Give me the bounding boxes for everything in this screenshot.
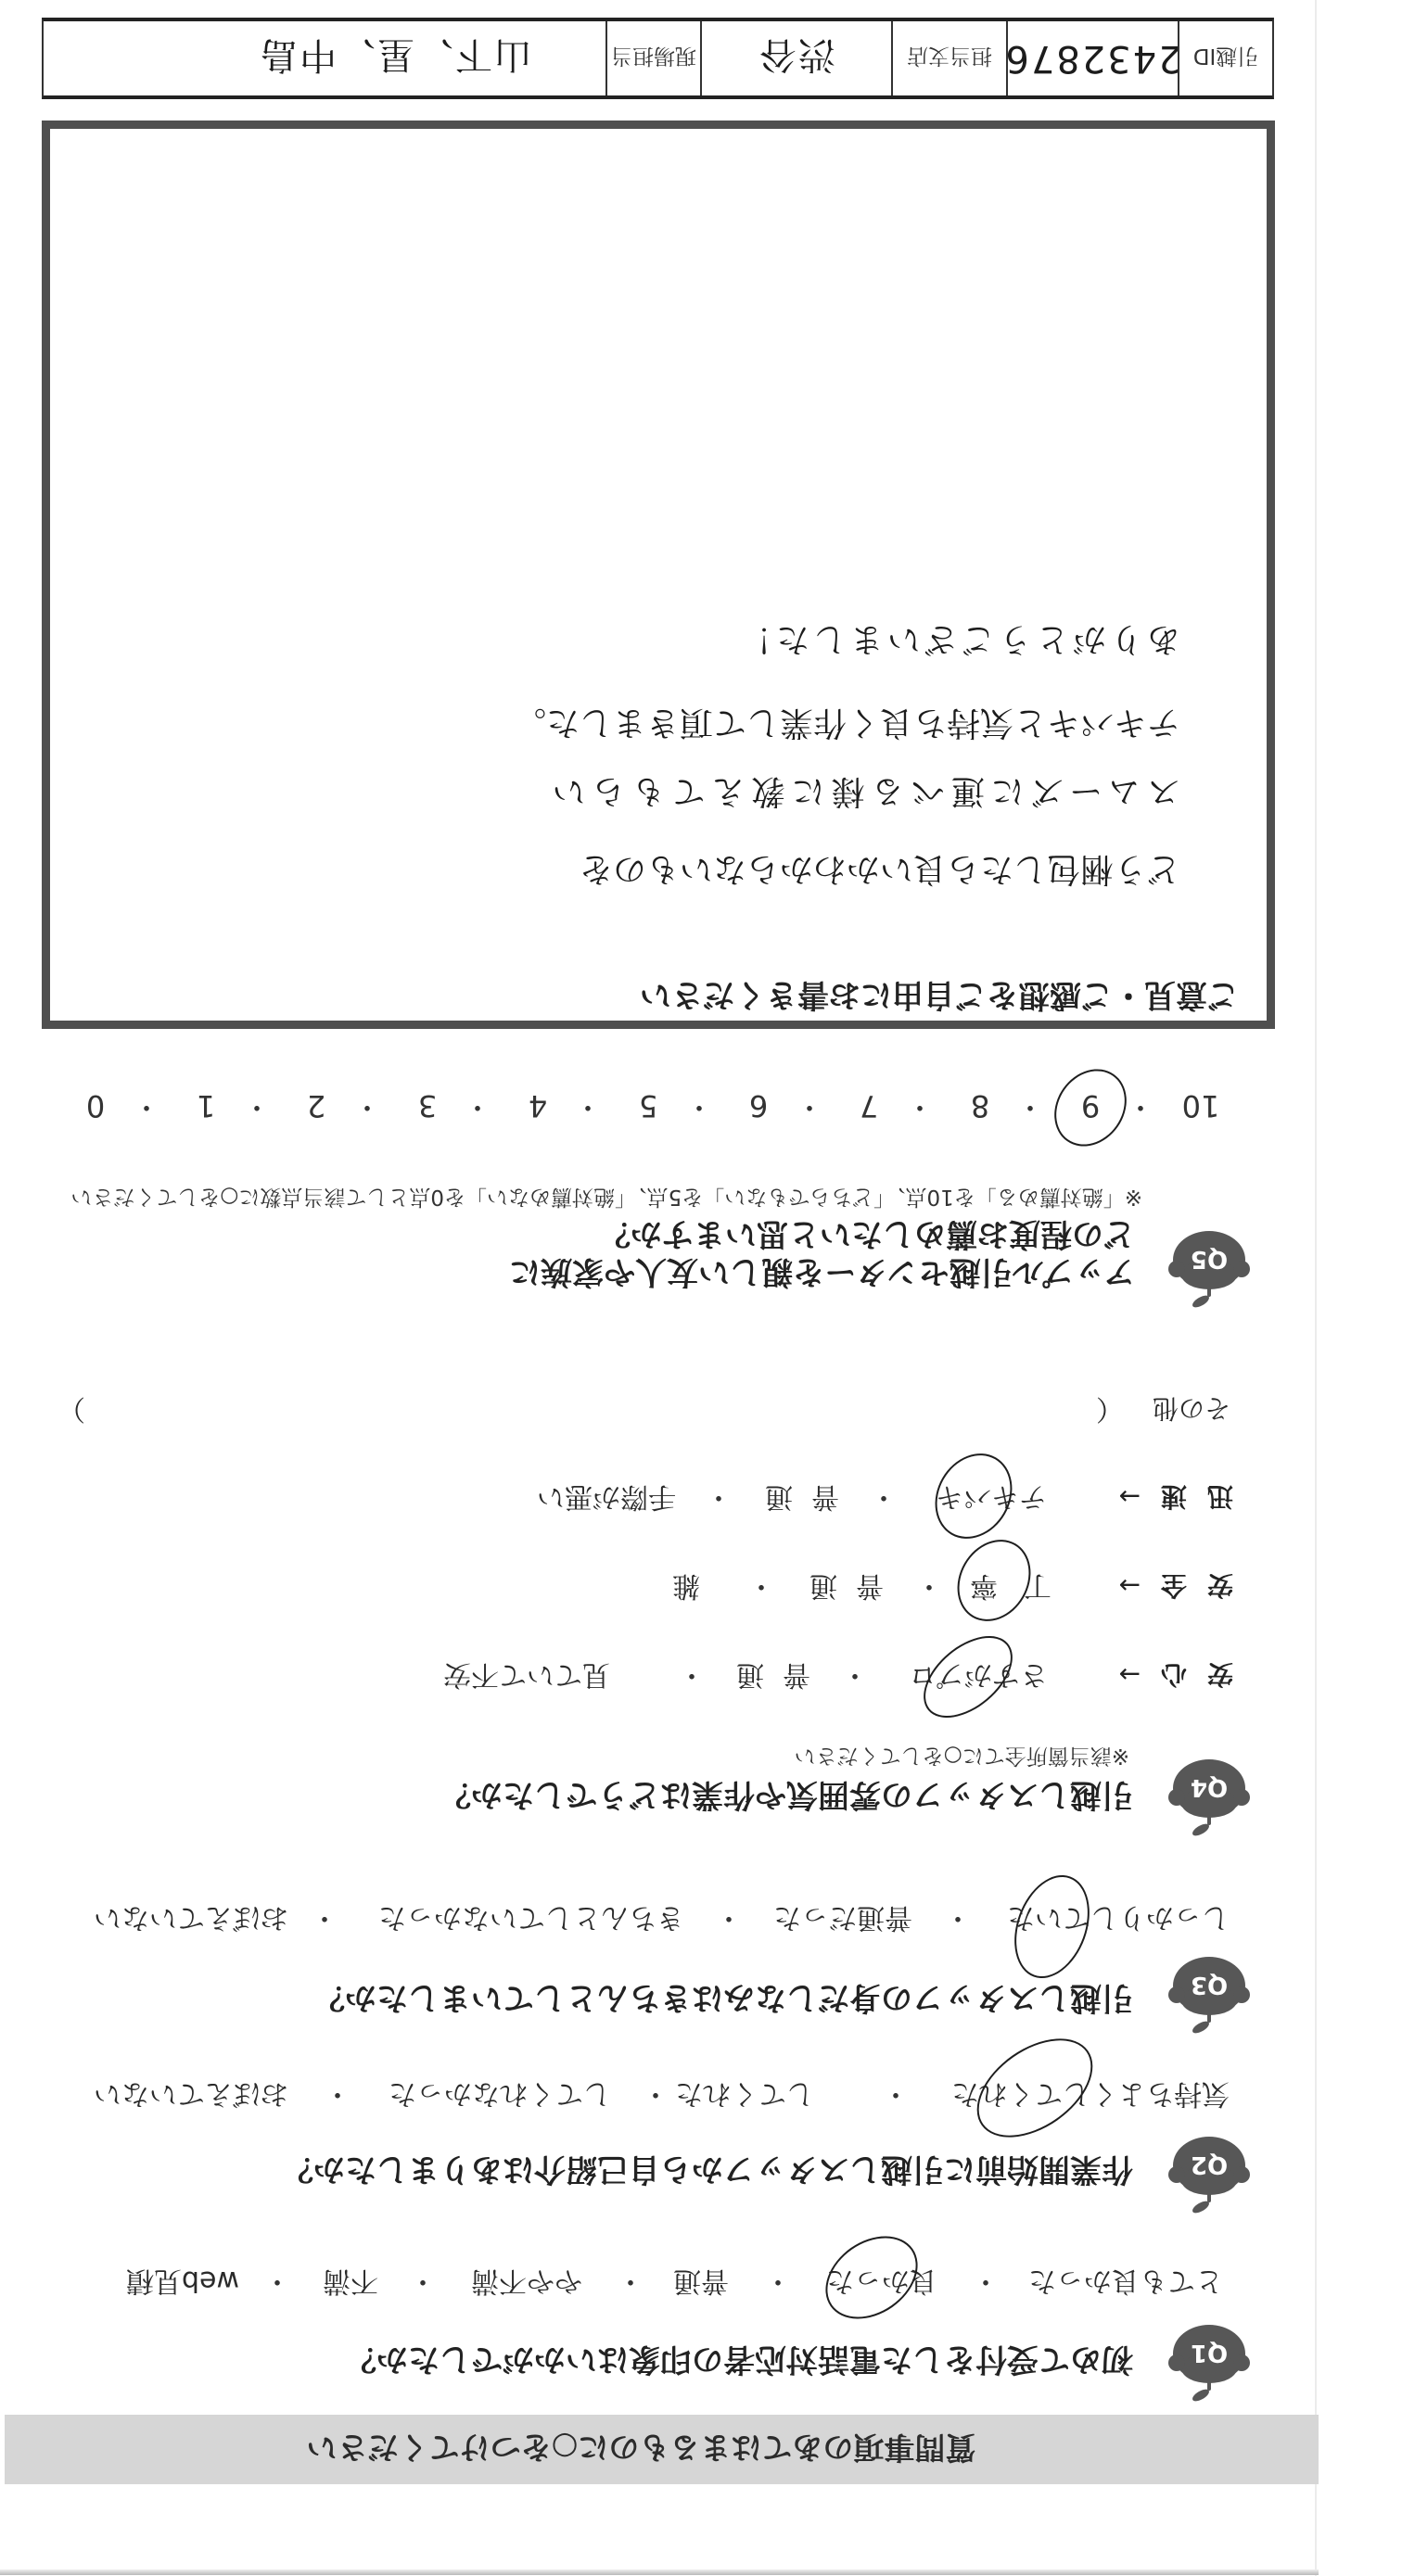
q4-option: 手際が悪い: [537, 1479, 676, 1513]
handdrawn-circle-mark: [1039, 1055, 1141, 1160]
separator-dot: ・: [1136, 1087, 1154, 1124]
separator-dot: ・: [252, 1087, 271, 1124]
paper-edge: [1315, 0, 1317, 2576]
scale-value: 1: [178, 1087, 234, 1124]
instructions-text: 質問事項のあてはまるものに○をつけてください: [307, 2428, 976, 2471]
separator-dot: ・: [642, 2076, 669, 2110]
q2-question: 作業開始前に引越しスタッフから自己紹介はありましたか？: [282, 2151, 1133, 2188]
handdrawn-circle-mark: [943, 1527, 1045, 1635]
apple-q1-badge-icon: Q1: [1167, 2321, 1251, 2409]
handwritten-comment-line: ありがとうございました！: [735, 616, 1180, 661]
site-staff-label: 現場担当: [611, 44, 696, 74]
move-id-value: 2432876: [1006, 37, 1178, 80]
separator-dot: ・: [805, 1087, 823, 1124]
site-staff-label-cell: 現場担当: [605, 21, 700, 95]
separator-dot: ・: [583, 1087, 602, 1124]
handdrawn-circle-mark: [809, 2219, 933, 2336]
move-id-label-cell: 引越ID: [1178, 21, 1272, 95]
move-id-value-cell: 2432876: [1006, 21, 1178, 95]
separator-dot: ・: [915, 1568, 943, 1602]
q4-row-label: 安心: [1141, 1657, 1233, 1691]
scale-value: 4: [510, 1087, 566, 1124]
apple-q3-badge-icon: Q3: [1167, 1953, 1251, 2041]
scale-value: 8: [952, 1087, 1008, 1124]
q3-option: 普通だった: [773, 1900, 912, 1934]
q4-option: 普通: [718, 1657, 810, 1691]
q5-question-line-2: どの程度お薦めしたいと思いますか？: [599, 1215, 1135, 1252]
survey-card-scan: 質問事項のあてはまるものに○をつけてください Q1 初めて受付をした電話対応者の…: [0, 0, 1402, 2576]
apple-q2-badge-icon: Q2: [1167, 2133, 1251, 2221]
arrow-right-icon: →: [1119, 1568, 1141, 1602]
scale-value: 2: [288, 1087, 344, 1124]
q5-badge-label: Q5: [1191, 1245, 1228, 1273]
q4-question: 引越しスタッフの雰囲気や作業はどうでしたか？: [440, 1776, 1133, 1813]
separator-dot: ・: [678, 1657, 706, 1691]
q1-question: 初めて受付をした電話対応者の印象はいかがでしたか？: [345, 2341, 1133, 2378]
q2-option: おぼえていない: [94, 2076, 288, 2110]
q2-option: してくれなかった: [389, 2076, 611, 2110]
handwritten-comment-line: スムーズに運べる様に教えてもらい: [546, 768, 1180, 813]
separator-dot: ・: [617, 2264, 644, 2297]
branch-value-cell: 渋谷: [700, 21, 891, 95]
q3-question: 引越しスタッフの身だしなみはきちんとしていましたか？: [313, 1979, 1133, 2016]
comments-heading: ご意見・ご感想をご自由にお書きください: [640, 976, 1239, 1013]
q4-option: 普通: [791, 1568, 884, 1602]
scale-value: 7: [841, 1087, 897, 1124]
scale-value: 5: [620, 1087, 676, 1124]
separator-dot: ・: [409, 2264, 437, 2297]
instructions-banner: 質問事項のあてはまるものに○をつけてください: [5, 2415, 1319, 2484]
handdrawn-circle-mark: [1001, 1865, 1103, 1989]
q5-note: ※「絶対薦める」を10点、「どちらでもない」を5点、「絶対薦めない」を0点として…: [70, 1184, 1142, 1210]
separator-dot: ・: [142, 1087, 160, 1124]
q4-row-label: 迅速: [1141, 1479, 1233, 1513]
q5-question-line-1: アップル引越センターを親しい友人や家族に: [509, 1253, 1135, 1290]
q4-option: 雑: [672, 1568, 700, 1602]
site-staff-value: 山下、星、中島: [259, 32, 531, 85]
q3-option: おぼえていない: [94, 1900, 288, 1934]
comments-box: [42, 121, 1275, 1029]
separator-dot: ・: [870, 1479, 898, 1513]
branch-label: 担当支店: [907, 44, 992, 74]
separator-dot: ・: [715, 1900, 743, 1934]
q1-badge-label: Q1: [1191, 2339, 1228, 2367]
q1-option: 不満: [323, 2264, 378, 2297]
q2-badge-label: Q2: [1191, 2151, 1228, 2178]
apple-q5-badge-icon: Q5: [1167, 1227, 1251, 1315]
q4-option: 見ていて不安: [443, 1657, 610, 1691]
separator-dot: ・: [473, 1087, 491, 1124]
q4-other-label: その他: [1153, 1391, 1230, 1425]
separator-dot: ・: [705, 1479, 733, 1513]
separator-dot: ・: [841, 1657, 869, 1691]
scale-value: 0: [68, 1087, 123, 1124]
branch-value: 渋谷: [758, 32, 835, 85]
q3-badge-label: Q3: [1191, 1971, 1228, 1999]
handwritten-comment-line: どう梱包したら良いかわからないものを: [580, 846, 1180, 891]
open-paren: （: [1096, 1391, 1124, 1425]
q1-option: とても良かった: [1028, 2264, 1223, 2297]
q3-option: きちんとしていなかった: [378, 1900, 684, 1934]
separator-dot: ・: [747, 1568, 775, 1602]
separator-dot: ・: [764, 2264, 792, 2297]
scale-value: 6: [731, 1087, 786, 1124]
separator-dot: ・: [915, 1087, 934, 1124]
arrow-right-icon: →: [1119, 1479, 1141, 1513]
q4-note: ※該当箇所全てに○をしてください: [795, 1743, 1129, 1769]
separator-dot: ・: [363, 1087, 381, 1124]
paper-edge-shadow: [0, 2570, 1319, 2575]
branch-label-cell: 担当支店: [891, 21, 1006, 95]
separator-dot: ・: [1026, 1087, 1044, 1124]
site-staff-value-cell: 山下、星、中島: [44, 21, 605, 95]
q1-option: web見積: [126, 2264, 239, 2297]
move-id-label: 引越ID: [1193, 44, 1259, 74]
office-info-table: 引越ID 2432876 担当支店 渋谷 現場担当 山下、星、中島: [42, 18, 1274, 99]
separator-dot: ・: [263, 2264, 291, 2297]
apple-q4-badge-icon: Q4: [1167, 1756, 1251, 1844]
scale-value: 3: [400, 1087, 455, 1124]
separator-dot: ・: [944, 1900, 972, 1934]
separator-dot: ・: [695, 1087, 713, 1124]
arrow-right-icon: →: [1119, 1657, 1141, 1691]
q4-badge-label: Q4: [1191, 1773, 1228, 1801]
separator-dot: ・: [972, 2264, 1000, 2297]
q1-option: やや不満: [471, 2264, 582, 2297]
handwritten-comment-line: テキパキと気持ち良く作業して頂きました。: [513, 700, 1180, 744]
close-paren: ）: [57, 1391, 85, 1425]
separator-dot: ・: [324, 2076, 351, 2110]
q4-row-label: 安全: [1141, 1568, 1233, 1602]
handdrawn-circle-mark: [920, 1440, 1027, 1553]
q4-option: 普通: [746, 1479, 839, 1513]
scale-value: 10: [1173, 1087, 1229, 1124]
q1-option: 普通: [673, 2264, 729, 2297]
separator-dot: ・: [311, 1900, 338, 1934]
q2-option: してくれた: [675, 2076, 814, 2110]
separator-dot: ・: [882, 2076, 910, 2110]
